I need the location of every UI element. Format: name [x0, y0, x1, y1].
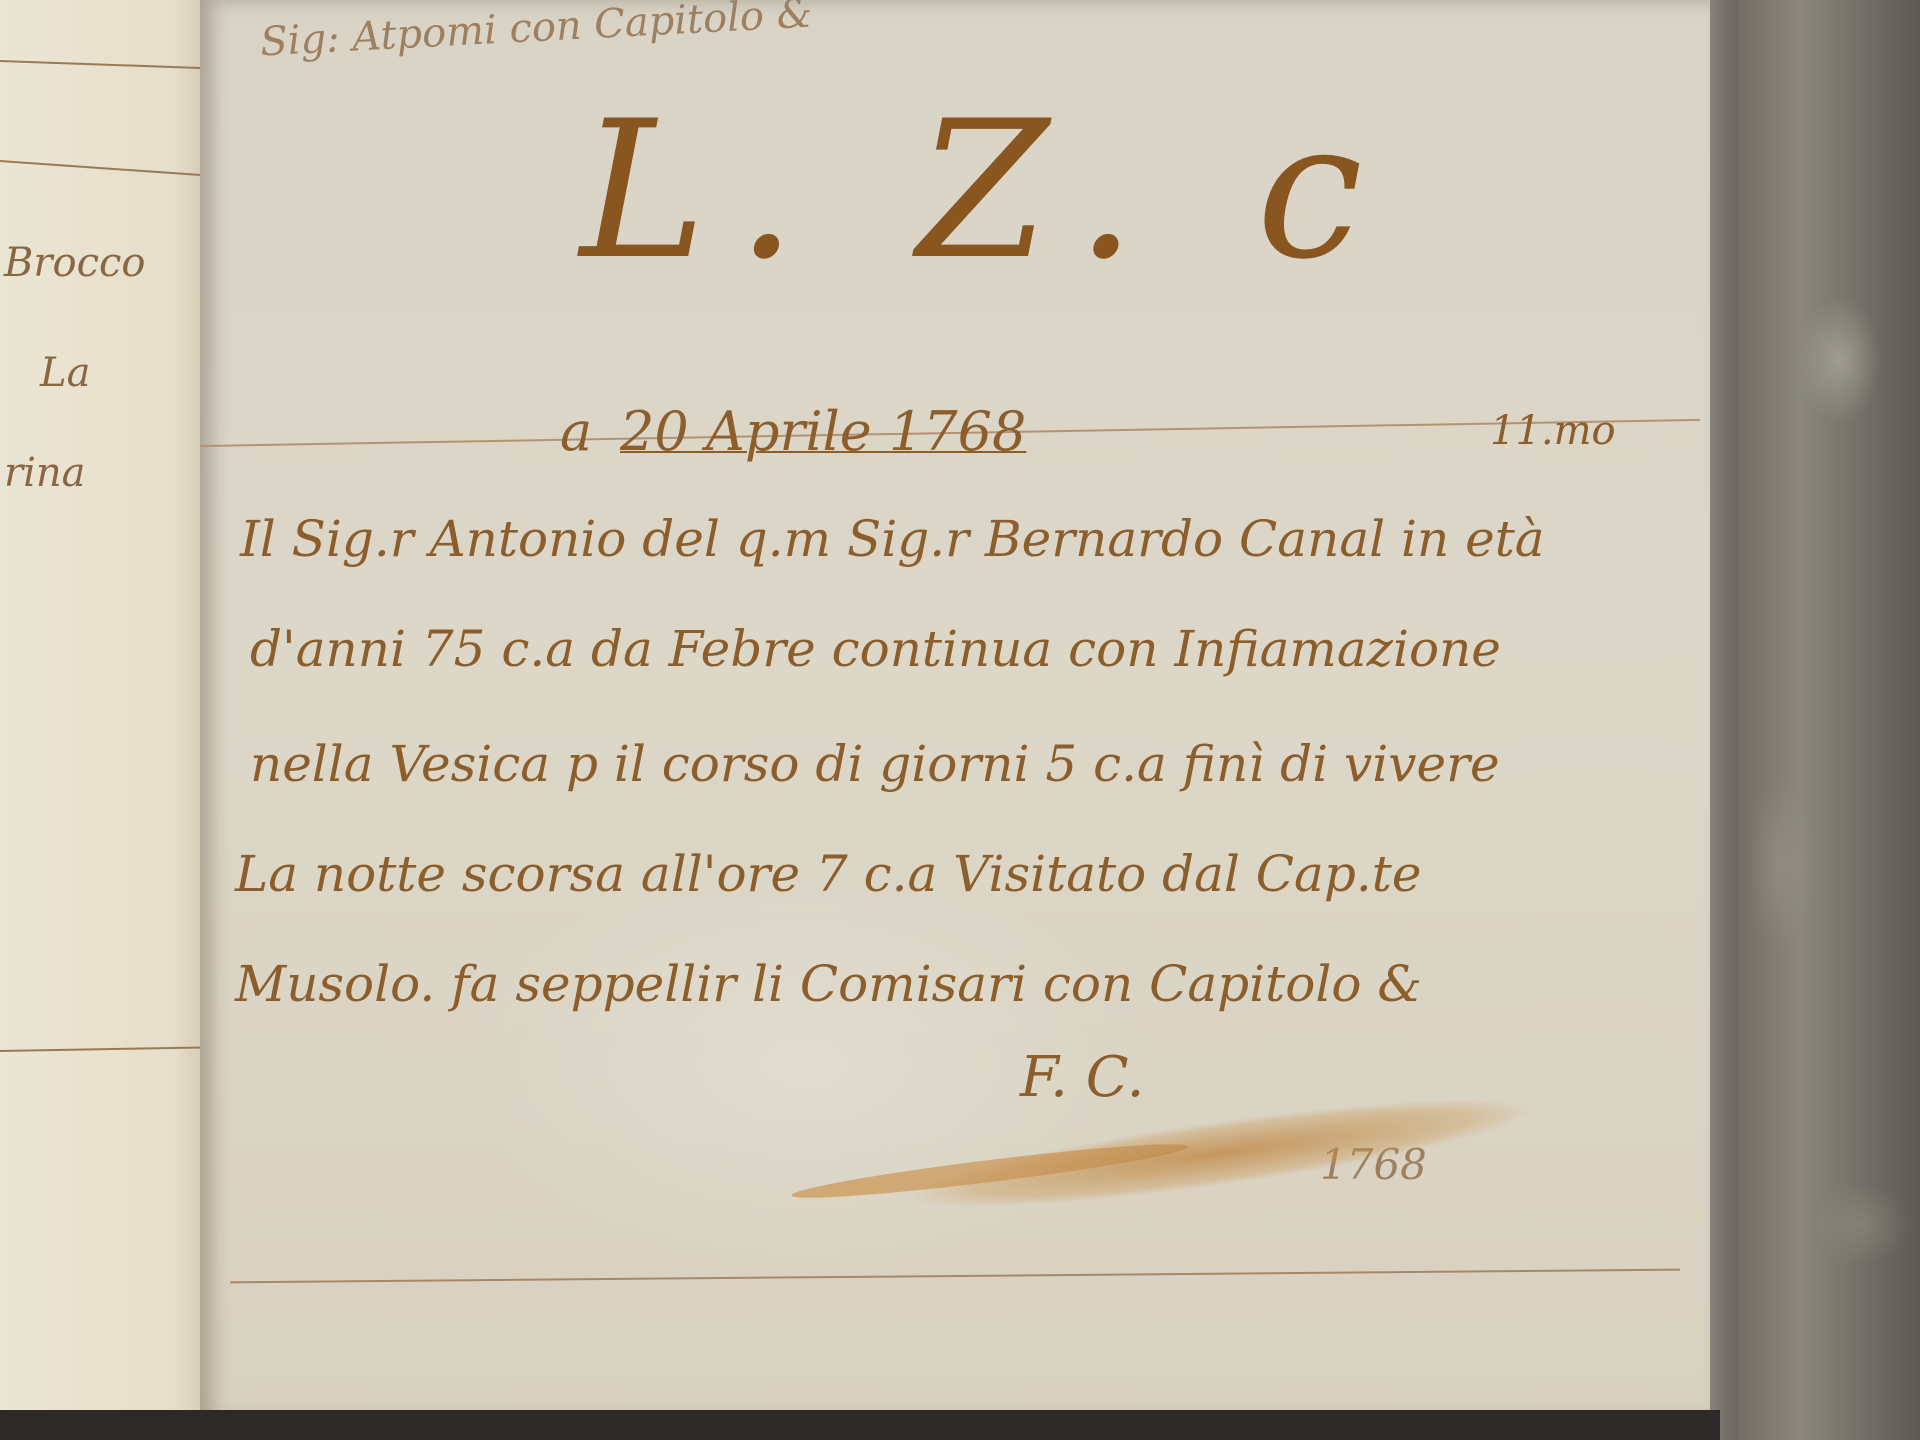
date-prefix: a: [560, 400, 592, 463]
previous-entry-line: Sig: Atpomi con Capitolo &: [259, 0, 813, 65]
monogram: L. Z. c: [580, 80, 1393, 301]
left-page-rule: [0, 160, 210, 177]
entry-line-5: Musolo. fa seppellir li Comisari con Cap…: [235, 955, 1422, 1013]
entry-date: 20 Aprile 1768: [620, 400, 1026, 463]
left-page-rule: [0, 60, 210, 69]
left-page-fragment: Brocco: [4, 240, 145, 286]
entry-line-4: La notte scorsa all'ore 7 c.a Visitato d…: [235, 845, 1421, 903]
left-page-fragment: rina: [4, 450, 86, 496]
book-cover: [1720, 0, 1920, 1440]
left-page: Brocco La rina: [0, 0, 218, 1410]
left-page-rule: [0, 1046, 210, 1052]
entry-line-3: nella Vesica p il corso di giorni 5 c.a …: [250, 735, 1500, 793]
left-page-fragment: La: [40, 350, 90, 396]
entry-line-1: Il Sig.r Antonio del q.m Sig.r Bernardo …: [240, 510, 1545, 568]
entry-number: 11.mo: [1490, 408, 1616, 454]
bottom-rule: [230, 1269, 1680, 1284]
entry-line-2: d'anni 75 c.a da Febre continua con Infi…: [250, 620, 1501, 678]
table-surface: [0, 1410, 1720, 1440]
